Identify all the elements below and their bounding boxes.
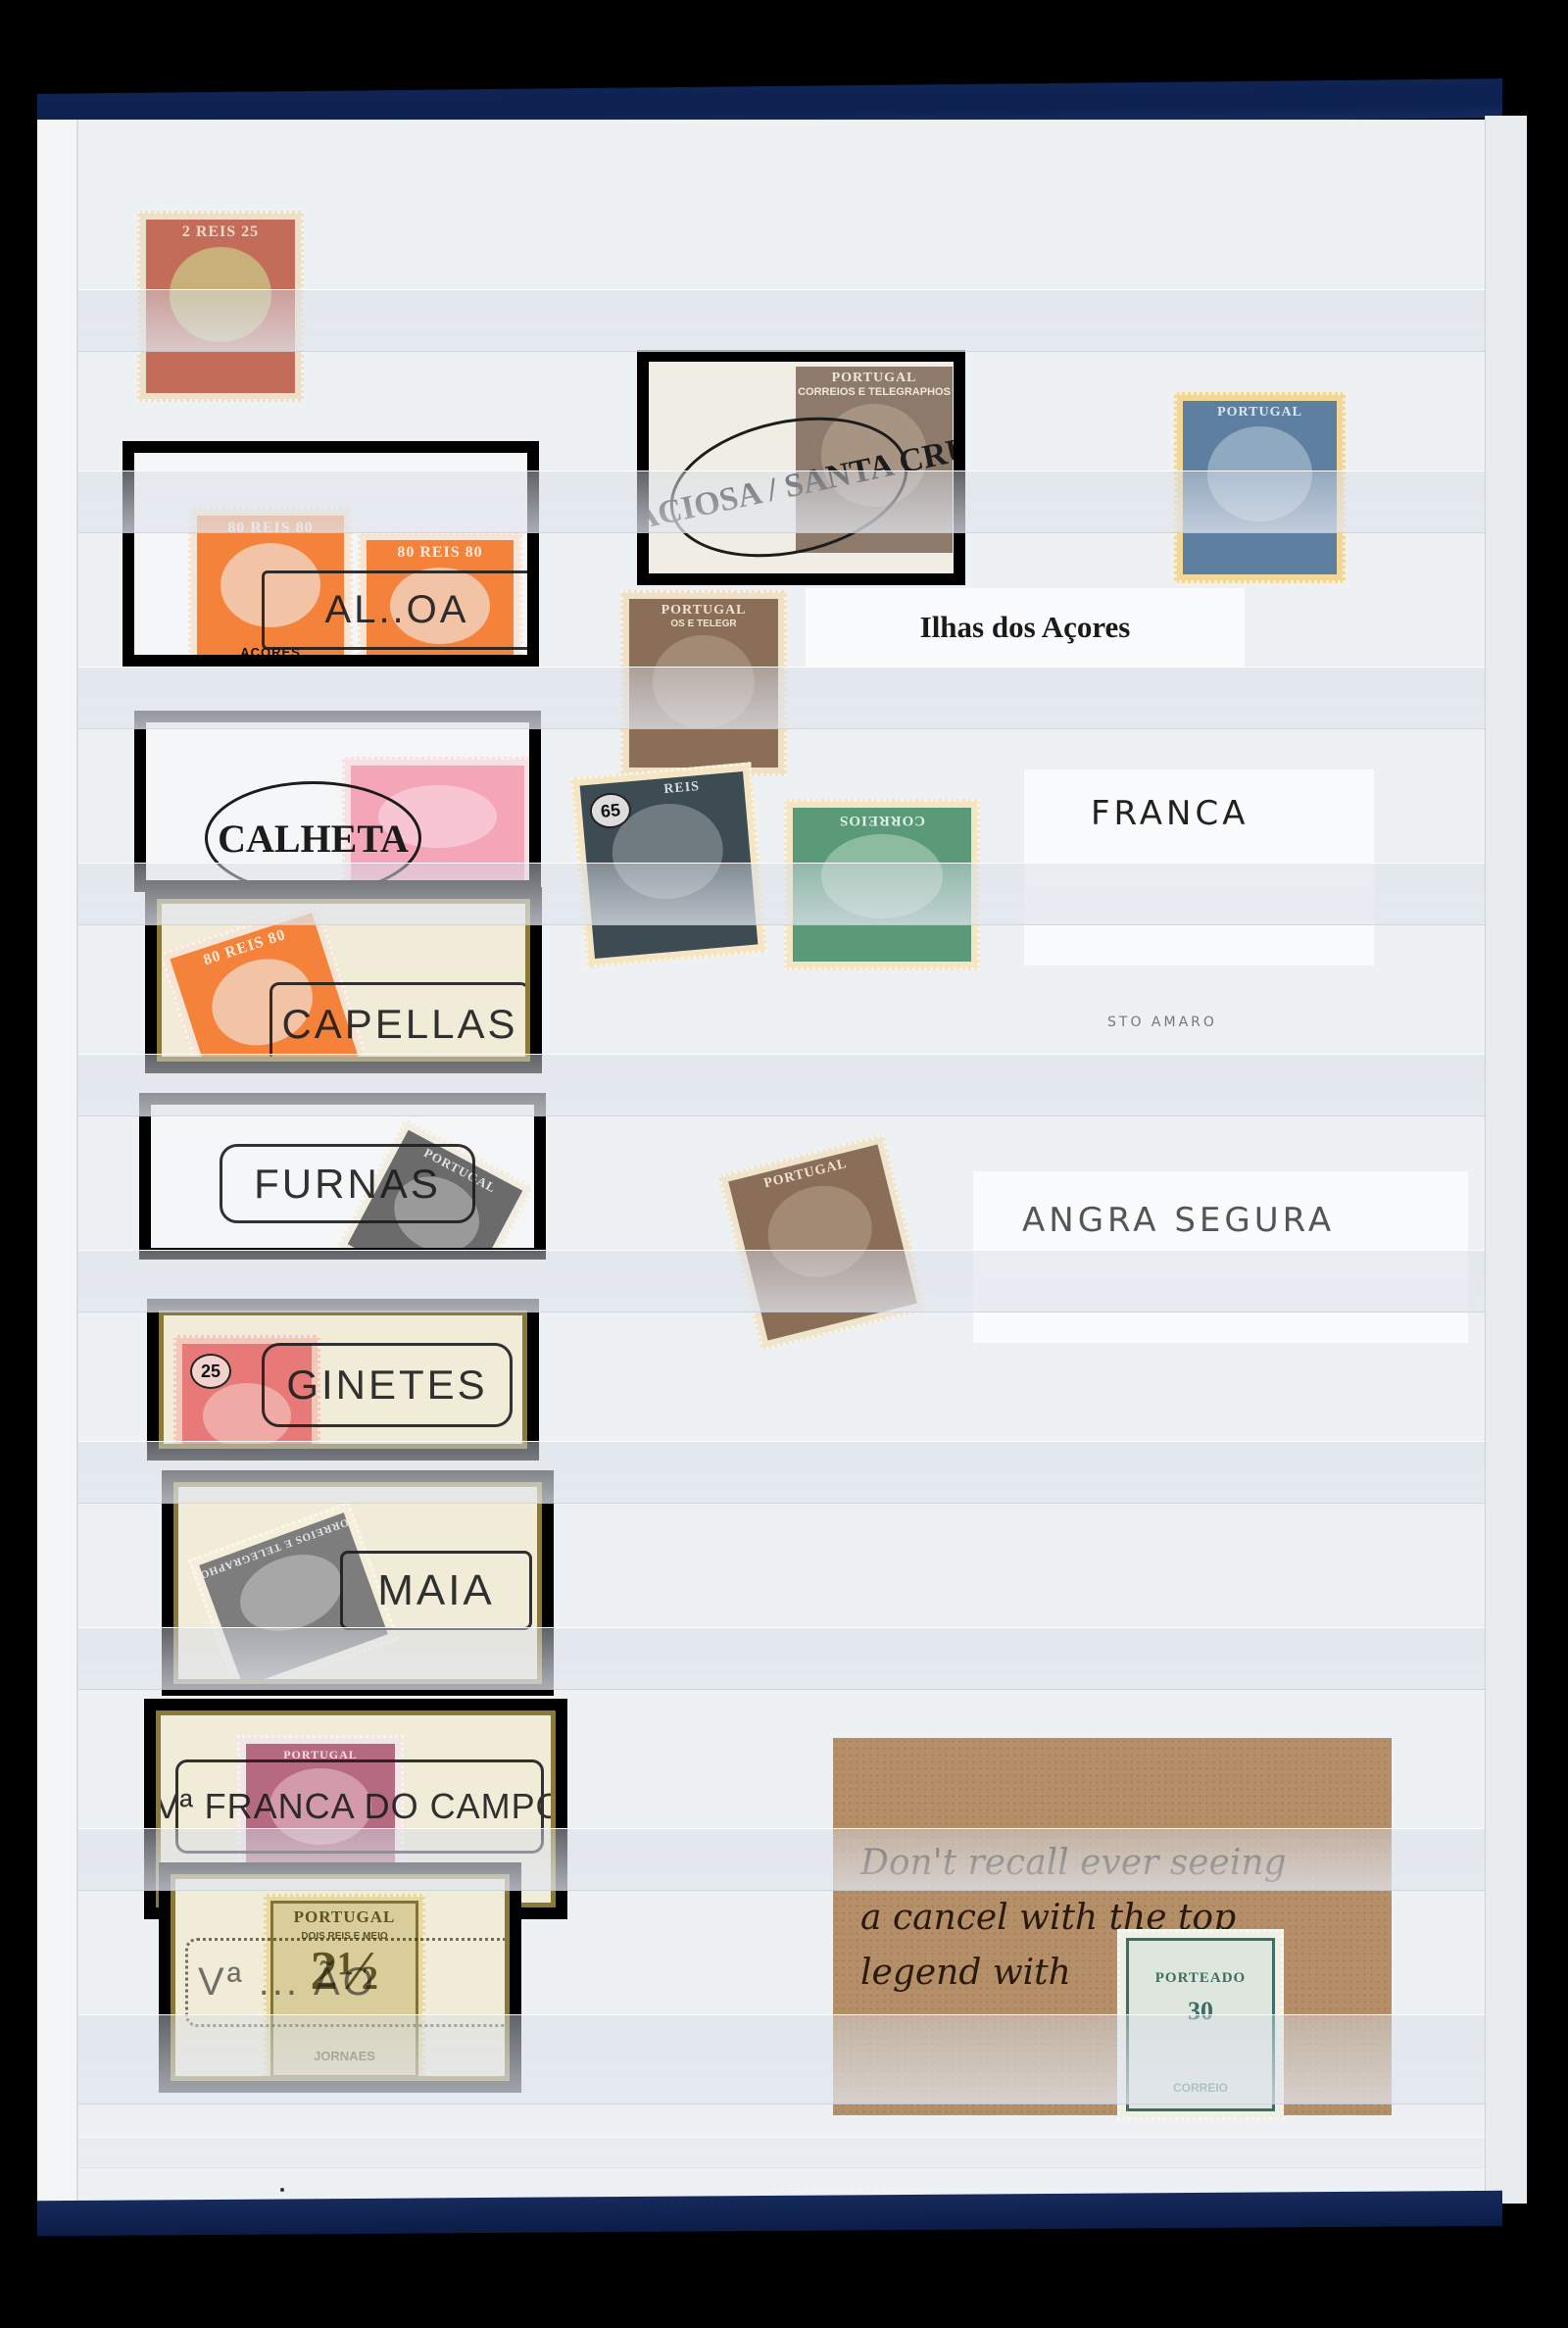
note-card: Don't recall ever seeing a cancel with t… [833, 1738, 1392, 2115]
cancel-vila-franca: Vª FRANCA DO CAMPO [175, 1759, 544, 1854]
piece-jornaes[interactable]: PORTUGAL DOIS REIS E MEIO 2½ JORNAES Vª … [159, 1862, 521, 2093]
stamp-blue-portugal[interactable]: PORTUGAL [1174, 392, 1346, 583]
cancel-maia: MAIA [340, 1551, 532, 1630]
page-edge-right [1485, 116, 1527, 2204]
cancel-furnas: FURNAS [220, 1144, 475, 1223]
piece-calheta[interactable]: CALHETA [134, 711, 541, 892]
label-franca: FRANCA [1024, 769, 1374, 966]
piece-ginetes[interactable]: 25 GINETES [147, 1299, 539, 1461]
piece-graciosa[interactable]: GRACIOSA / SANTA CRUZ PORTUGAL CORREIOS … [637, 350, 965, 585]
piece-maia[interactable]: MAIA CORREIOS E TELEGRAPHOS [162, 1470, 554, 1696]
piece-furnas[interactable]: FURNAS PORTUGAL [139, 1093, 546, 1260]
header-label: Ilhas dos Açores [806, 588, 1245, 667]
page-speck [280, 2188, 284, 2192]
stamp-correios-green[interactable]: CORREIOS [784, 799, 980, 970]
cancel-ginetes: GINETES [262, 1343, 513, 1427]
label-sto-amaro: STO AMARO [1107, 1015, 1217, 1030]
stamp-25-reis[interactable]: 2 REIS 25 [137, 211, 304, 402]
stamp-65-reis[interactable]: 65 REIS [570, 762, 767, 967]
label-angra-segura: ANGRA SEGURA [973, 1171, 1468, 1343]
cancel-capellas: CAPELLAS [269, 982, 530, 1062]
piece-capellas[interactable]: 80 REIS 80 CAPELLAS [145, 887, 542, 1073]
stamp-telegraphos-brown[interactable]: PORTUGAL OS E TELEGR [620, 590, 787, 776]
stamp-porteado-30: PORTEADO 30 CORREIO [1117, 1929, 1284, 2120]
cancel-alagoa: AL..OA [262, 570, 527, 650]
page-binding-edge [37, 120, 78, 2207]
piece-alagoa[interactable]: 80 REIS 80 AÇORES 80 REIS 80 AÇORES AL..… [122, 441, 539, 667]
cancel-vila-jornaes: Vª ... ÃO [185, 1938, 510, 2027]
